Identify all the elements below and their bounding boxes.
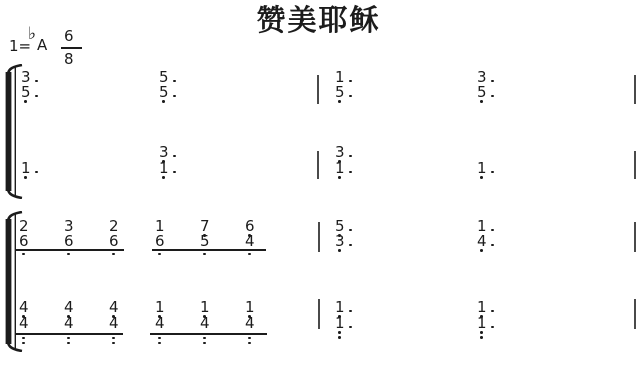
octave-dot <box>248 253 251 256</box>
barline <box>318 299 320 329</box>
note-number: 1 <box>477 316 487 331</box>
duration-dot <box>491 80 494 83</box>
note-number: 5 <box>159 85 169 100</box>
beam <box>15 333 123 335</box>
barline <box>317 75 319 104</box>
duration-dot <box>35 80 38 83</box>
octave-dot <box>67 253 70 256</box>
octave-dot <box>480 249 483 252</box>
octave-dot <box>158 337 161 340</box>
note-number: 4 <box>64 316 74 331</box>
octave-dot <box>24 100 27 103</box>
octave-dot <box>112 342 115 345</box>
duration-dot <box>349 229 352 232</box>
octave-dot <box>480 331 483 334</box>
octave-dot <box>112 337 115 340</box>
note-number: 1 <box>335 316 345 331</box>
duration-dot <box>173 95 176 98</box>
note-number: 3 <box>335 145 345 160</box>
duration-dot <box>491 244 494 247</box>
octave-dot <box>24 176 27 179</box>
note-number: 3 <box>159 145 169 160</box>
octave-dot <box>480 336 483 339</box>
note-number: 4 <box>19 316 29 331</box>
note-number: 4 <box>19 300 29 315</box>
note-number: 5 <box>477 85 487 100</box>
note-number: 1 <box>477 161 487 176</box>
octave-dot <box>162 100 165 103</box>
note-number: 1 <box>245 300 255 315</box>
note-number: 5 <box>200 234 210 249</box>
score-canvas: 3555153513131126362616756453144444441414… <box>0 0 637 365</box>
note-number: 5 <box>335 85 345 100</box>
note-number: 4 <box>109 316 119 331</box>
octave-dot <box>338 336 341 339</box>
octave-dot <box>338 100 341 103</box>
octave-dot <box>203 337 206 340</box>
duration-dot <box>173 155 176 158</box>
beam <box>150 333 267 335</box>
barline <box>634 222 636 252</box>
duration-dot <box>35 95 38 98</box>
note-number: 4 <box>155 316 165 331</box>
octave-dot <box>338 331 341 334</box>
duration-dot <box>491 310 494 313</box>
octave-dot <box>480 176 483 179</box>
barline <box>634 151 636 179</box>
duration-dot <box>173 80 176 83</box>
note-number: 6 <box>64 234 74 249</box>
duration-dot <box>349 155 352 158</box>
note-number: 6 <box>19 234 29 249</box>
note-number: 1 <box>159 161 169 176</box>
note-number: 1 <box>200 300 210 315</box>
octave-dot <box>112 253 115 256</box>
duration-dot <box>491 229 494 232</box>
barline <box>634 299 636 329</box>
sheet-music-page: 赞美耶稣 1= ♭ A 6 8 355515351313112636261675… <box>0 0 637 365</box>
octave-dot <box>338 176 341 179</box>
duration-dot <box>35 171 38 174</box>
octave-dot <box>158 253 161 256</box>
note-number: 4 <box>64 300 74 315</box>
barline <box>634 75 636 104</box>
duration-dot <box>491 326 494 329</box>
note-number: 4 <box>245 316 255 331</box>
note-number: 1 <box>335 300 345 315</box>
duration-dot <box>173 171 176 174</box>
note-number: 4 <box>477 234 487 249</box>
octave-dot <box>67 342 70 345</box>
octave-dot <box>203 342 206 345</box>
note-number: 6 <box>155 234 165 249</box>
duration-dot <box>349 244 352 247</box>
note-number: 6 <box>109 234 119 249</box>
note-number: 1 <box>335 161 345 176</box>
duration-dot <box>349 80 352 83</box>
note-number: 1 <box>477 300 487 315</box>
duration-dot <box>349 171 352 174</box>
note-number: 4 <box>200 316 210 331</box>
octave-dot <box>248 337 251 340</box>
octave-dot <box>480 100 483 103</box>
octave-dot <box>248 342 251 345</box>
note-number: 1 <box>155 300 165 315</box>
note-number: 4 <box>109 300 119 315</box>
octave-dot <box>338 249 341 252</box>
duration-dot <box>349 310 352 313</box>
note-number: 3 <box>335 234 345 249</box>
barline <box>317 151 319 179</box>
barline <box>318 222 320 252</box>
duration-dot <box>349 326 352 329</box>
octave-dot <box>162 176 165 179</box>
duration-dot <box>491 171 494 174</box>
note-number: 1 <box>21 161 31 176</box>
octave-dot <box>67 337 70 340</box>
octave-dot <box>158 342 161 345</box>
duration-dot <box>349 95 352 98</box>
note-number: 4 <box>245 234 255 249</box>
note-number: 5 <box>21 85 31 100</box>
octave-dot <box>203 253 206 256</box>
duration-dot <box>491 95 494 98</box>
